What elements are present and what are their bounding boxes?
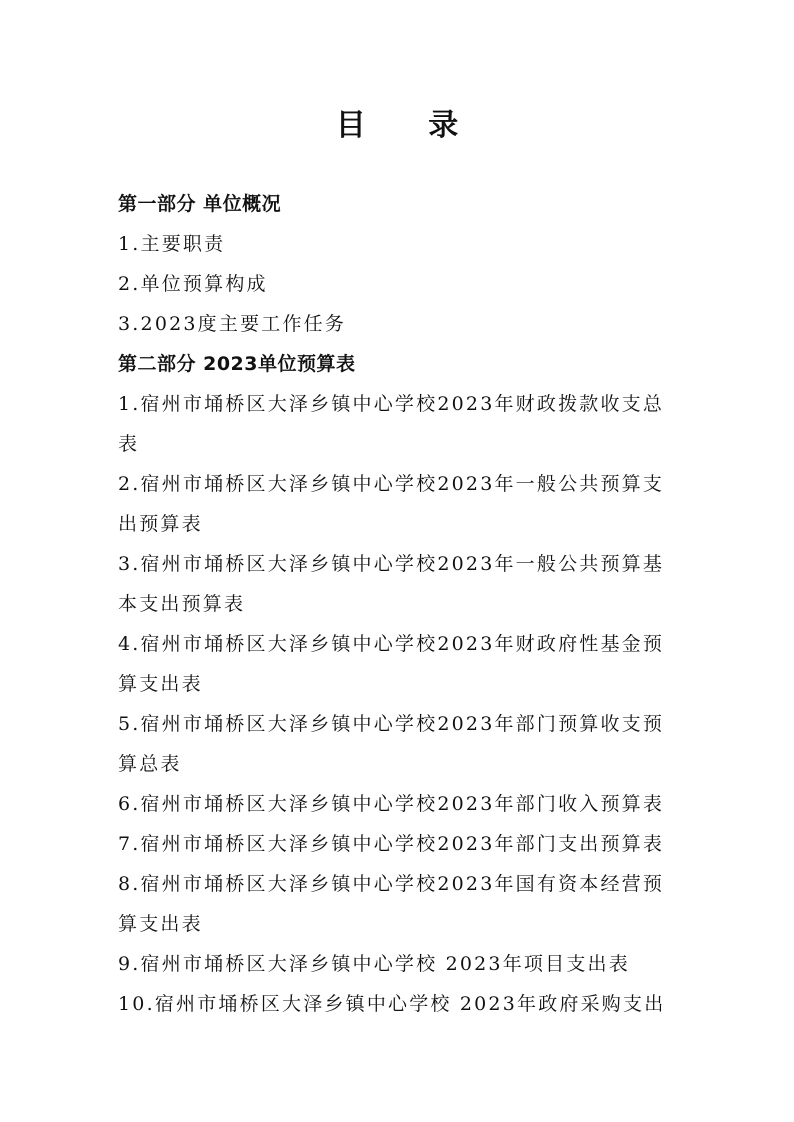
toc-entry[interactable]: 9.宿州市埇桥区大泽乡镇中心学校 2023年项目支出表 — [118, 944, 678, 984]
toc-entry[interactable]: 1.主要职责 — [118, 224, 678, 264]
toc-entry[interactable]: 2.宿州市埇桥区大泽乡镇中心学校2023年一般公共预算支 — [118, 464, 678, 504]
toc-entry-continuation[interactable]: 表 — [118, 424, 678, 464]
toc-entry-continuation[interactable]: 出预算表 — [118, 504, 678, 544]
toc-entry-continuation[interactable]: 算总表 — [118, 744, 678, 784]
table-of-contents: 第一部分 单位概况 1.主要职责 2.单位预算构成 3.2023度主要工作任务 … — [118, 184, 678, 1024]
toc-entry-continuation[interactable]: 算支出表 — [118, 904, 678, 944]
page-title: 目 录 — [0, 100, 794, 144]
toc-entry[interactable]: 3.2023度主要工作任务 — [118, 304, 678, 344]
toc-entry[interactable]: 6.宿州市埇桥区大泽乡镇中心学校2023年部门收入预算表 — [118, 784, 678, 824]
toc-entry[interactable]: 2.单位预算构成 — [118, 264, 678, 304]
section-heading-part-2[interactable]: 第二部分 2023单位预算表 — [118, 344, 678, 384]
toc-entry[interactable]: 5.宿州市埇桥区大泽乡镇中心学校2023年部门预算收支预 — [118, 704, 678, 744]
toc-entry[interactable]: 4.宿州市埇桥区大泽乡镇中心学校2023年财政府性基金预 — [118, 624, 678, 664]
toc-entry[interactable]: 10.宿州市埇桥区大泽乡镇中心学校 2023年政府采购支出 — [118, 984, 678, 1024]
toc-entry-continuation[interactable]: 算支出表 — [118, 664, 678, 704]
toc-entry[interactable]: 3.宿州市埇桥区大泽乡镇中心学校2023年一般公共预算基 — [118, 544, 678, 584]
section-heading-part-1[interactable]: 第一部分 单位概况 — [118, 184, 678, 224]
toc-entry-continuation[interactable]: 本支出预算表 — [118, 584, 678, 624]
toc-entry[interactable]: 7.宿州市埇桥区大泽乡镇中心学校2023年部门支出预算表 — [118, 824, 678, 864]
toc-entry[interactable]: 1.宿州市埇桥区大泽乡镇中心学校2023年财政拨款收支总 — [118, 384, 678, 424]
toc-entry[interactable]: 8.宿州市埇桥区大泽乡镇中心学校2023年国有资本经营预 — [118, 864, 678, 904]
